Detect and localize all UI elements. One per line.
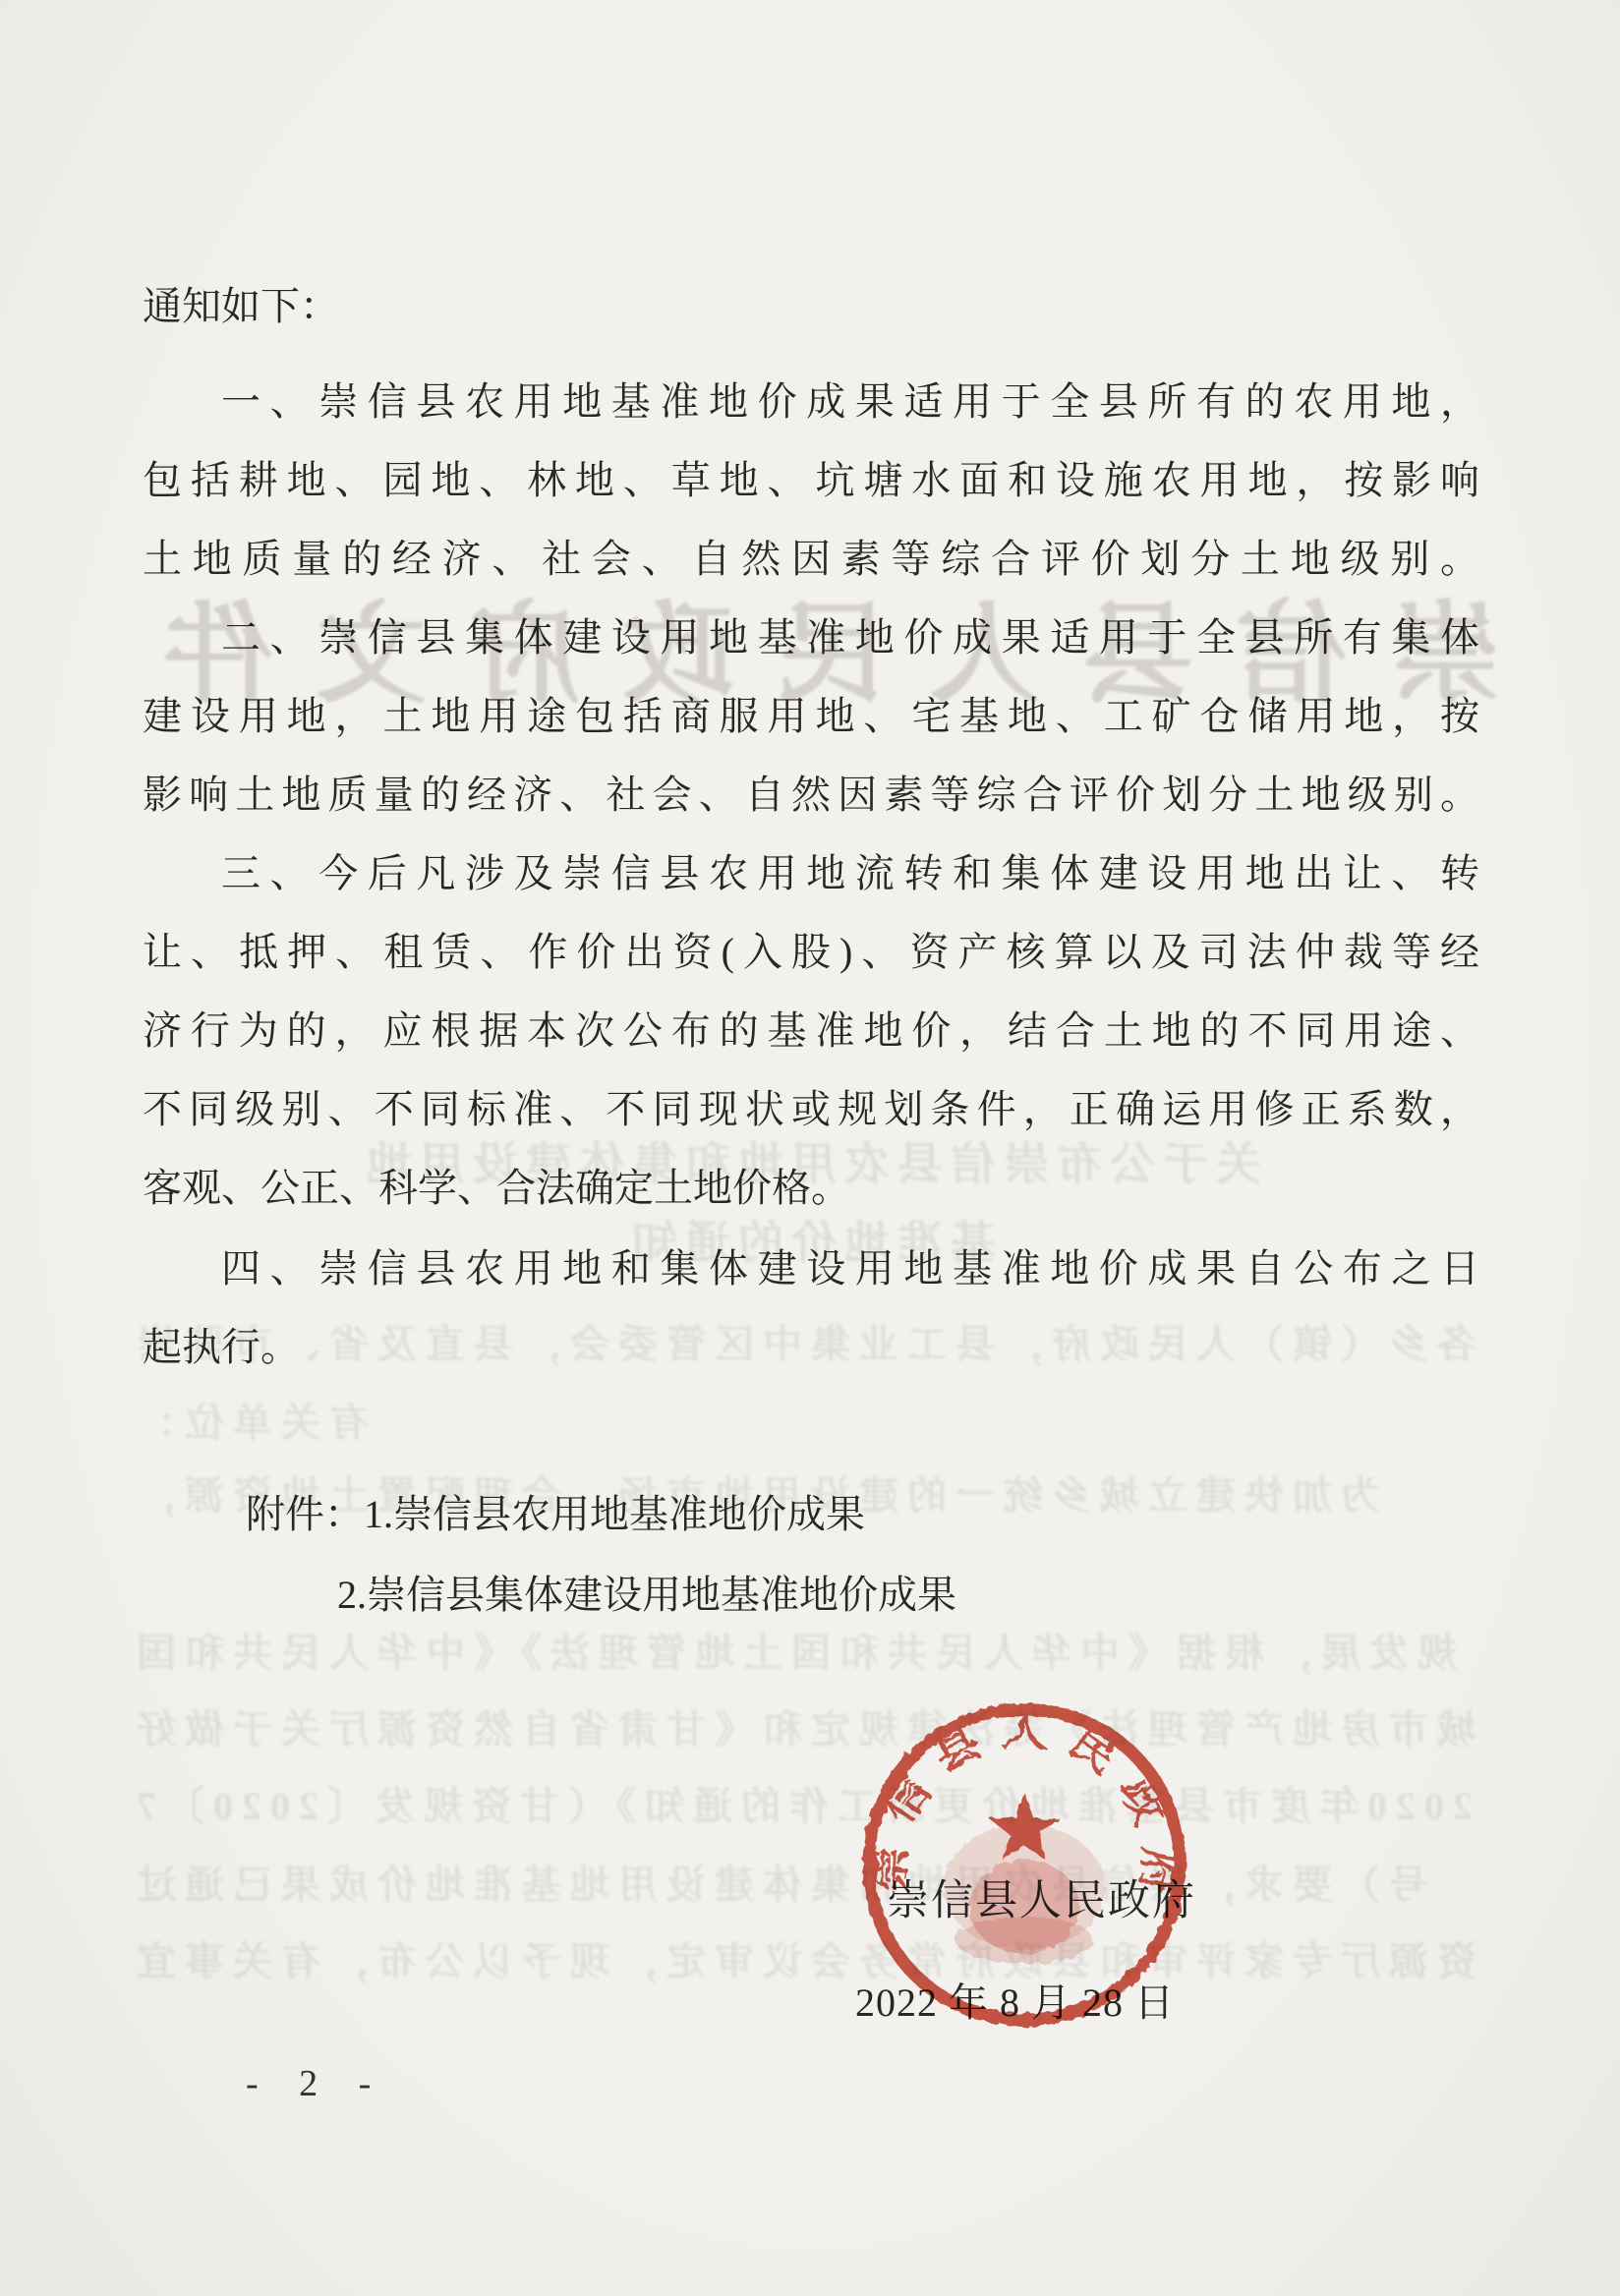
- bleed-line: 城市房地产管理法》等法律规定和《甘肃省自然资源厅关于做好: [128, 1698, 1476, 1754]
- issuer-signature: 崇信县人民政府: [887, 1867, 1196, 1927]
- bleed-line: 规发展，根据《中华人民共和国土地管理法》《中华人民共和国: [128, 1622, 1457, 1678]
- attachment-line-2: 2.崇信县集体建设用地基准地价成果: [337, 1571, 956, 1620]
- body-line: 客观、公正、科学、合法确定土地价格。: [143, 1164, 850, 1213]
- body-line: 不同级别、不同标准、不同现状或规划条件，正确运用修正系数，: [143, 1085, 1479, 1134]
- body-line: 包括耕地、园地、林地、草地、坑塘水面和设施农用地，按影响: [143, 456, 1479, 505]
- body-line: 济行为的，应根据本次公布的基准地价，结合土地的不同用途、: [143, 1006, 1479, 1056]
- body-line: 一、崇信县农用地基准地价成果适用于全县所有的农用地，: [221, 377, 1479, 427]
- body-line: 三、今后凡涉及崇信县农用地流转和集体建设用地出让、转: [221, 849, 1479, 898]
- bleed-through-layer: 崇信县人民政府文件 关于公布崇信县农用地和集体建设用地 基准地价的通知 各乡（镇…: [0, 0, 1620, 2296]
- bleed-line: 号）要求，崇信县农用地和集体建设用地基准地价成果已通过: [128, 1854, 1428, 1910]
- bleed-line: 有关单位：: [128, 1392, 369, 1448]
- page-number: - 2 -: [246, 2062, 386, 2105]
- scanned-document-page: 崇信县人民政府文件 关于公布崇信县农用地和集体建设用地 基准地价的通知 各乡（镇…: [0, 0, 1620, 2296]
- body-line: 土地质量的经济、社会、自然因素等综合评价划分土地级别。: [143, 535, 1479, 584]
- intro-line: 通知如下：: [143, 282, 339, 331]
- body-line: 二、崇信县集体建设用地基准地价成果适用于全县所有集体: [221, 613, 1479, 662]
- bleed-line: 各乡（镇）人民政府，县工业集中区管委会，县直及省、市驻崇: [128, 1313, 1476, 1369]
- bleed-line: 2020年度市县基准地价更新工作的通知》（甘资规发〔2020〕7: [128, 1775, 1473, 1831]
- attachment-line-1: 附件：1.崇信县农用地基准地价成果: [246, 1490, 865, 1539]
- body-line: 影响土地质量的经济、社会、自然因素等综合评价划分土地级别。: [143, 771, 1479, 820]
- body-line: 四、崇信县农用地和集体建设用地基准地价成果自公布之日: [221, 1244, 1479, 1293]
- issue-date: 2022 年 8 月 28 日: [855, 1972, 1175, 2028]
- body-line: 起执行。: [143, 1323, 300, 1372]
- body-line: 让、抵押、租赁、作价出资(入股)、资产核算以及司法仲裁等经: [143, 928, 1479, 977]
- bleed-line: 资源厅专家评审和县政府常务会议审定，现予以公布，有关事宜: [128, 1930, 1476, 1986]
- body-line: 建设用地，土地用途包括商服用地、宅基地、工矿仓储用地，按: [143, 692, 1479, 741]
